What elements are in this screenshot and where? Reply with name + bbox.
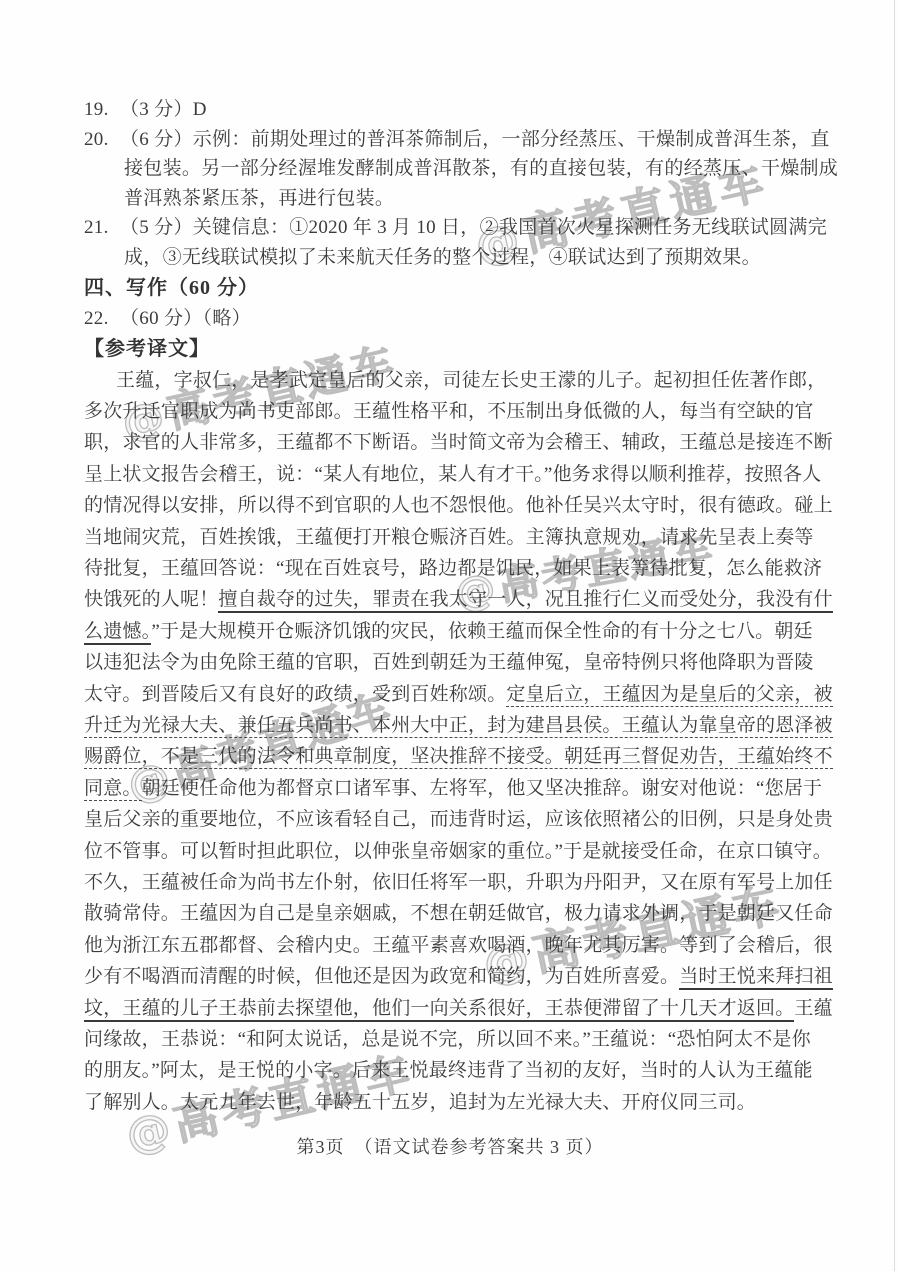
- plain-text: 的情况得以安排，所以得不到官职的人也不怨恨他。他补任吴兴太守时，很有德政。碰上: [84, 495, 833, 516]
- plain-text: 少有不喝酒而清醒的时候，但他还是因为政宽和简约，为百姓所喜爱。: [84, 966, 679, 987]
- answer-text: 接包装。另一部分经渥堆发酵制成普洱散茶，有的直接包装，有的经蒸压、干燥制成: [124, 158, 838, 179]
- answer-line: 22.（60 分）（略）: [84, 304, 818, 334]
- answer-line: 19.（3 分）D: [84, 95, 818, 125]
- translation-line: 的情况得以安排，所以得不到官职的人也不怨恨他。他补任吴兴太守时，很有德政。碰上: [84, 490, 818, 521]
- plain-text: 多次升迁官职成为尚书吏部郎。王蕴性格平和，不压制出身低微的人，每当有空缺的官: [84, 401, 814, 422]
- reference-translation-title: 【参考译文】: [84, 334, 818, 365]
- plain-text: 以违犯法令为由免除王蕴的官职，百姓到朝廷为王蕴伸冤，皇帝特例只将他降职为晋陵: [84, 652, 814, 673]
- translation-line: 他为浙江东五郡都督、会稽内史。王蕴平素喜欢喝酒，晚年尤其厉害。等到了会稽后，很: [84, 930, 818, 961]
- translation-line: 太守。到晋陵后又有良好的政绩，受到百姓称颂。定皇后立，王蕴因为是皇后的父亲，被: [84, 679, 818, 710]
- answer-line: 接包装。另一部分经渥堆发酵制成普洱散茶，有的直接包装，有的经蒸压、干燥制成: [84, 154, 818, 184]
- plain-text: 不久，王蕴被任命为尚书左仆射，依旧任将军一职，升职为丹阳尹，又在原有军号上加任: [84, 872, 833, 893]
- plain-text: 了解别人。太元九年去世，年龄五十五岁，追封为左光禄大夫、开府仪同三司。: [84, 1092, 756, 1113]
- translation-line: 的朋友。”阿太，是王悦的小字。后来王悦最终违背了当初的友好，当时的人认为王蕴能: [84, 1055, 818, 1086]
- plain-text: 快饿死的人呢！: [84, 589, 218, 610]
- answer-number: 22.: [84, 304, 120, 334]
- translation-line: 待批复，王蕴回答说：“现在百姓哀号，路边都是饥民，如果上表等待批复，怎么能救济: [84, 553, 818, 584]
- section-heading: 四、写作（60 分）: [84, 272, 818, 304]
- plain-text: 待批复，王蕴回答说：“现在百姓哀号，路边都是饥民，如果上表等待批复，怎么能救济: [84, 558, 822, 579]
- translation-line: 少有不喝酒而清醒的时候，但他还是因为政宽和简约，为百姓所喜爱。当时王悦来拜扫祖: [84, 961, 818, 992]
- translation-paragraph: 王蕴，字叔仁，是孝武定皇后的父亲，司徒左长史王濛的儿子。起初担任佐著作郎，多次升…: [84, 365, 818, 1119]
- plain-text: ”于是大规模开仓赈济饥饿的灾民，依赖王蕴而保全性命的有十分之七八。朝廷: [151, 621, 812, 642]
- page-footer-label: 第3页 （语文试卷参考答案共 3 页）: [297, 1137, 604, 1157]
- translation-line: 王蕴，字叔仁，是孝武定皇后的父亲，司徒左长史王濛的儿子。起初担任佐著作郎，: [84, 365, 818, 396]
- translation-line: 多次升迁官职成为尚书吏部郎。王蕴性格平和，不压制出身低微的人，每当有空缺的官: [84, 396, 818, 427]
- answer-number: 20.: [84, 125, 120, 155]
- answer-text: （60 分）（略）: [120, 308, 251, 329]
- dash-underlined-text: 升迁为光禄大夫、兼任五兵尚书、本州大中正，封为建昌县侯。王蕴认为靠皇帝的恩泽被: [84, 715, 833, 738]
- plain-text: 职，求官的人非常多，王蕴都不下断语。当时简文帝为会稽王、辅政，王蕴总是接连不断: [84, 432, 833, 453]
- underlined-text: 擅自裁夺的过失，罪责在我太守一人，况且推行仁义而受处分，我没有什: [218, 589, 832, 613]
- translation-line: 职，求官的人非常多，王蕴都不下断语。当时简文帝为会稽王、辅政，王蕴总是接连不断: [84, 427, 818, 458]
- translation-line: 同意。朝廷便任命他为都督京口诸军事、左将军，他又坚决推辞。谢安对他说：“您居于: [84, 773, 818, 804]
- underlined-text: 么遗憾。: [84, 621, 151, 645]
- plain-text: 朝廷便任命他为都督京口诸军事、左将军，他又坚决推辞。谢安对他说：“您居于: [142, 778, 823, 799]
- translation-line: 升迁为光禄大夫、兼任五兵尚书、本州大中正，封为建昌县侯。王蕴认为靠皇帝的恩泽被: [84, 710, 818, 741]
- dash-underlined-text: 同意。: [84, 778, 142, 801]
- answers-list: 19.（3 分）D20.（6 分）示例：前期处理过的普洱茶筛制后，一部分经蒸压、…: [84, 95, 818, 365]
- answer-line: 20.（6 分）示例：前期处理过的普洱茶筛制后，一部分经蒸压、干燥制成普洱生茶，…: [84, 125, 818, 155]
- exam-answer-sheet-page: @高考直通车 @高考直通车 @高考直通车 @高考直通车 @高考直通车 @高考直通…: [0, 0, 900, 1271]
- translation-line: 坟，王蕴的儿子王恭前去探望他，他们一向关系很好，王恭便滞留了十几天才返回。王蕴: [84, 993, 818, 1024]
- plain-text: 当地闹灾荒，百姓挨饿，王蕴便打开粮仓赈济百姓。主簿执意规劝，请求先呈表上奏等: [84, 527, 814, 548]
- translation-line: 赐爵位，不是三代的法令和典章制度，坚决推辞不接受。朝廷再三督促劝告，王蕴始终不: [84, 741, 818, 772]
- plain-text: 的朋友。”阿太，是王悦的小字。后来王悦最终违背了当初的友好，当时的人认为王蕴能: [84, 1060, 813, 1081]
- answer-text: （5 分）关键信息：①2020 年 3 月 10 日，②我国首次火星探测任务无线…: [120, 217, 827, 238]
- plain-text: 王蕴: [794, 998, 832, 1019]
- plain-text: 问缘故，王恭说：“和阿太说话，总是说不完，所以回不来。”王蕴说：“恐怕阿太不是你: [84, 1029, 811, 1050]
- translation-line: 当地闹灾荒，百姓挨饿，王蕴便打开粮仓赈济百姓。主簿执意规劝，请求先呈表上奏等: [84, 522, 818, 553]
- plain-text: 他为浙江东五郡都督、会稽内史。王蕴平素喜欢喝酒，晚年尤其厉害。等到了会稽后，很: [84, 935, 833, 956]
- translation-line: 位不管事。可以暂时担此职位，以伸张皇帝姻家的重位。”于是就接受任命，在京口镇守。: [84, 836, 818, 867]
- translation-line: 不久，王蕴被任命为尚书左仆射，依旧任将军一职，升职为丹阳尹，又在原有军号上加任: [84, 867, 818, 898]
- translation-line: 散骑常侍。王蕴因为自己是皇亲姻戚，不想在朝廷做官，极力请求外调，于是朝廷又任命: [84, 898, 818, 929]
- translation-line: 皇后父亲的重要地位，不应该看轻自己，而违背时运，应该依照褚公的旧例，只是身处贵: [84, 804, 818, 835]
- dash-underlined-text: 定皇后立，王蕴因为是皇后的父亲，被: [506, 684, 832, 707]
- page-content: 19.（3 分）D20.（6 分）示例：前期处理过的普洱茶筛制后，一部分经蒸压、…: [84, 95, 818, 1118]
- answer-text: 成，③无线联试模拟了未来航天任务的整个过程，④联试达到了预期效果。: [124, 247, 761, 268]
- plain-text: 皇后父亲的重要地位，不应该看轻自己，而违背时运，应该依照褚公的旧例，只是身处贵: [84, 809, 833, 830]
- underlined-text: 坟，王蕴的儿子王恭前去探望他，他们一向关系很好，王恭便滞留了十几天才返回。: [84, 998, 794, 1022]
- answer-number: 19.: [84, 95, 120, 125]
- plain-text: 散骑常侍。王蕴因为自己是皇亲姻戚，不想在朝廷做官，极力请求外调，于是朝廷又任命: [84, 903, 833, 924]
- translation-line: 了解别人。太元九年去世，年龄五十五岁，追封为左光禄大夫、开府仪同三司。: [84, 1087, 818, 1118]
- translation-line: 么遗憾。”于是大规模开仓赈济饥饿的灾民，依赖王蕴而保全性命的有十分之七八。朝廷: [84, 616, 818, 647]
- dash-underlined-text: 赐爵位，不是三代的法令和典章制度，坚决推辞不接受。朝廷再三督促劝告，王蕴始终不: [84, 746, 833, 769]
- plain-text: 太守。到晋陵后又有良好的政绩，受到百姓称颂。: [84, 684, 506, 705]
- translation-line: 问缘故，王恭说：“和阿太说话，总是说不完，所以回不来。”王蕴说：“恐怕阿太不是你: [84, 1024, 818, 1055]
- translation-line: 呈上状文报告会稽王，说：“某人有地位，某人有才干。”他务求得以顺利推荐，按照各人: [84, 459, 818, 490]
- answer-text: （3 分）D: [120, 99, 207, 120]
- translation-line: 快饿死的人呢！擅自裁夺的过失，罪责在我太守一人，况且推行仁义而受处分，我没有什: [84, 584, 818, 615]
- answer-line: 成，③无线联试模拟了未来航天任务的整个过程，④联试达到了预期效果。: [84, 243, 818, 273]
- underlined-text: 当时王悦来拜扫祖: [679, 966, 833, 990]
- page-footer: 第3页 （语文试卷参考答案共 3 页）: [0, 1133, 900, 1159]
- answer-number: 21.: [84, 213, 120, 243]
- answer-line: 21.（5 分）关键信息：①2020 年 3 月 10 日，②我国首次火星探测任…: [84, 213, 818, 243]
- plain-text: 位不管事。可以暂时担此职位，以伸张皇帝姻家的重位。”于是就接受任命，在京口镇守。: [84, 841, 832, 862]
- translation-line: 以违犯法令为由免除王蕴的官职，百姓到朝廷为王蕴伸冤，皇帝特例只将他降职为晋陵: [84, 647, 818, 678]
- plain-text: 呈上状文报告会稽王，说：“某人有地位，某人有才干。”他务求得以顺利推荐，按照各人: [84, 464, 821, 485]
- answer-text: （6 分）示例：前期处理过的普洱茶筛制后，一部分经蒸压、干燥制成普洱生茶，直: [120, 129, 830, 150]
- answer-line: 普洱熟茶紧压茶，再进行包装。: [84, 184, 818, 214]
- plain-text: 王蕴，字叔仁，是孝武定皇后的父亲，司徒左长史王濛的儿子。起初担任佐著作郎，: [116, 370, 826, 391]
- scan-edge-line: [894, 0, 895, 1271]
- answer-text: 普洱熟茶紧压茶，再进行包装。: [124, 188, 394, 209]
